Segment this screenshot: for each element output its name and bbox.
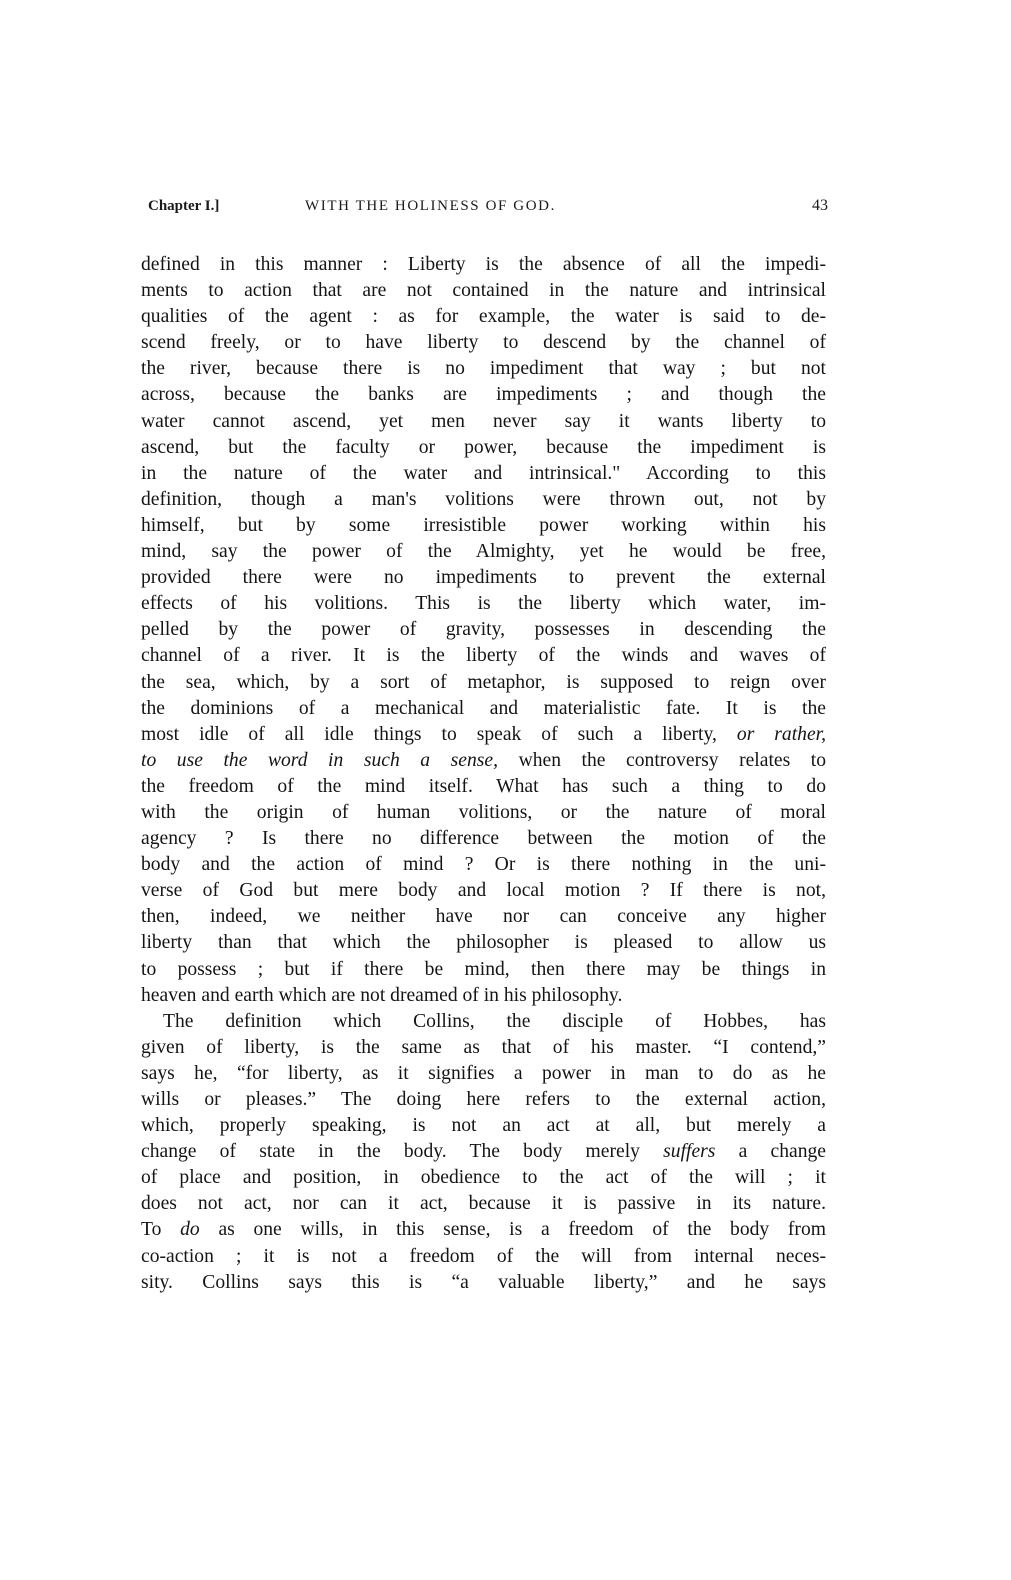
text-line: channel of a river. It is the liberty of… (141, 643, 826, 669)
text-line: given of liberty, is the same as that of… (141, 1035, 826, 1061)
text-line: liberty than that which the philosopher … (141, 930, 826, 956)
text-line-with-italic: to use the word in such a sense, when th… (141, 748, 826, 774)
text-line: to possess ; but if there be mind, then … (141, 957, 826, 983)
text-line: with the origin of human volitions, or t… (141, 800, 826, 826)
text-line: says he, “for liberty, as it signifies a… (141, 1061, 826, 1087)
text-line: which, properly speaking, is not an act … (141, 1113, 826, 1139)
paragraph-1: defined in this manner : Liberty is the … (141, 252, 826, 1009)
text-line: effects of his volitions. This is the li… (141, 591, 826, 617)
text-line-with-italic: To do as one wills, in this sense, is a … (141, 1217, 826, 1243)
text-line: the freedom of the mind itself. What has… (141, 774, 826, 800)
text-line: body and the action of mind ? Or is ther… (141, 852, 826, 878)
text-line: across, because the banks are impediment… (141, 382, 826, 408)
text-line: The definition which Collins, the discip… (141, 1009, 826, 1035)
text-line: does not act, nor can it act, because it… (141, 1191, 826, 1217)
text-segment: change of state in the body. The body me… (141, 1141, 640, 1162)
text-line-with-italic: change of state in the body. The body me… (141, 1139, 826, 1165)
paragraph-2: The definition which Collins, the discip… (141, 1009, 826, 1296)
running-title: WITH THE HOLINESS OF GOD. (305, 198, 556, 215)
text-line: qualities of the agent : as for example,… (141, 304, 826, 330)
running-head: Chapter I.] WITH THE HOLINESS OF GOD. 43 (148, 198, 828, 222)
text-line: agency ? Is there no difference between … (141, 826, 826, 852)
text-line: water cannot ascend, yet men never say i… (141, 409, 826, 435)
text-line: in the nature of the water and intrinsic… (141, 461, 826, 487)
text-segment: To (141, 1219, 161, 1240)
text-line: ascend, but the faculty or power, becaus… (141, 435, 826, 461)
text-line: ments to action that are not contained i… (141, 278, 826, 304)
italic-word: do (180, 1219, 200, 1240)
text-line: the sea, which, by a sort of metaphor, i… (141, 670, 826, 696)
text-line: the river, because there is no impedimen… (141, 356, 826, 382)
text-line: himself, but by some irresistible power … (141, 513, 826, 539)
text-line: sity. Collins says this is “a valuable l… (141, 1270, 826, 1296)
text-line: wills or pleases.” The doing here refers… (141, 1087, 826, 1113)
text-line: provided there were no impediments to pr… (141, 565, 826, 591)
body-text: defined in this manner : Liberty is the … (141, 252, 826, 1296)
text-line: of place and position, in obedience to t… (141, 1165, 826, 1191)
text-line: heaven and earth which are not dreamed o… (141, 983, 826, 1009)
text-line: pelled by the power of gravity, possesse… (141, 617, 826, 643)
text-segment: when the controversy relates to (519, 750, 826, 771)
text-line: co-action ; it is not a freedom of the w… (141, 1244, 826, 1270)
text-line: definition, though a man's volitions wer… (141, 487, 826, 513)
text-segment: a change (739, 1141, 826, 1162)
text-line: then, indeed, we neither have nor can co… (141, 904, 826, 930)
text-segment: most idle of all idle things to speak of… (141, 724, 717, 745)
text-line: defined in this manner : Liberty is the … (141, 252, 826, 278)
text-line: mind, say the power of the Almighty, yet… (141, 539, 826, 565)
text-line-with-italic: most idle of all idle things to speak of… (141, 722, 826, 748)
book-page: Chapter I.] WITH THE HOLINESS OF GOD. 43… (0, 0, 1011, 1580)
italic-word: suffers (663, 1141, 715, 1162)
italic-phrase: or rather, (737, 724, 826, 745)
text-line: verse of God but mere body and local mot… (141, 878, 826, 904)
italic-phrase: to use the word in such a sense, (141, 750, 498, 771)
chapter-label: Chapter I.] (148, 198, 219, 215)
text-line: scend freely, or to have liberty to desc… (141, 330, 826, 356)
text-line: the dominions of a mechanical and materi… (141, 696, 826, 722)
page-number: 43 (812, 197, 828, 215)
text-segment: as one wills, in this sense, is a freedo… (218, 1219, 826, 1240)
